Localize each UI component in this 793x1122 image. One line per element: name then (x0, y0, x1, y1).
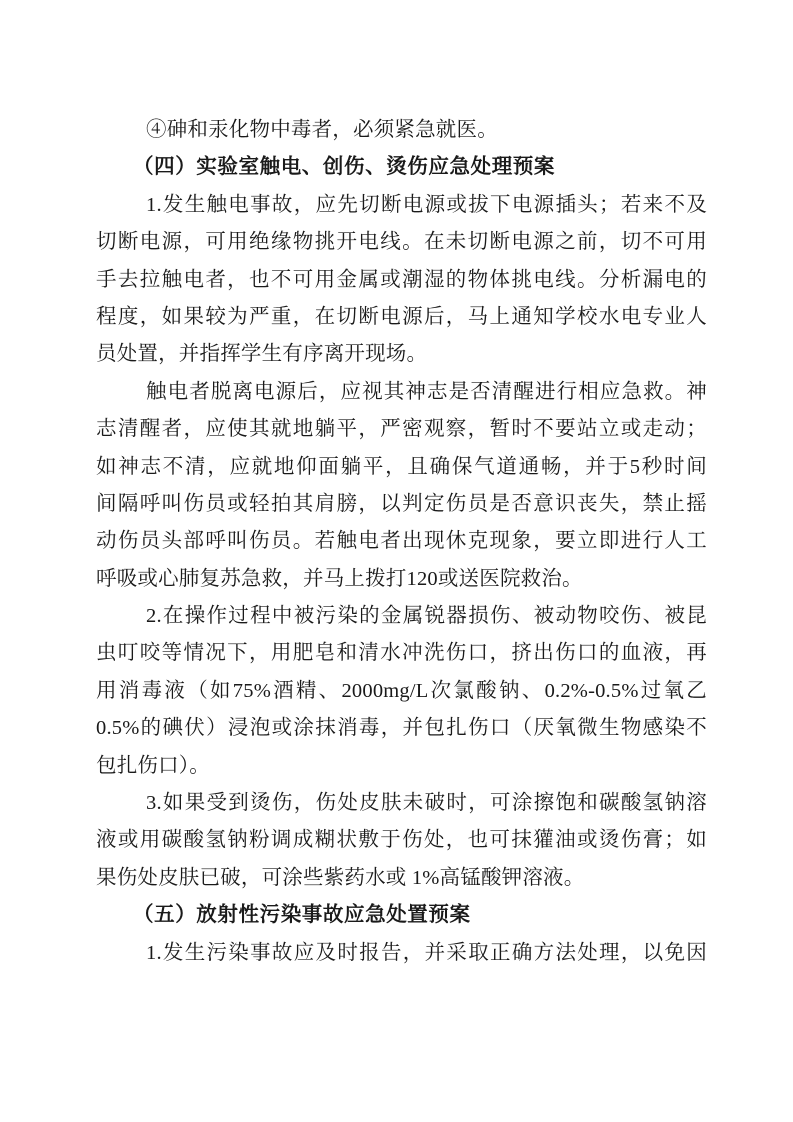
text-line: ④砷和汞化物中毒者，必须紧急就医。 (96, 112, 707, 149)
text-line: 如神志不清，应就地仰面躺平，且确保气道通畅，并于5秒时间 (96, 449, 707, 486)
text-line: 动伤员头部呼叫伤员。若触电者出现休克现象，要立即进行人工 (96, 523, 707, 560)
text-line: 0.5%的碘伏）浸泡或涂抹消毒，并包扎伤口（厌氧微生物感染不 (96, 710, 707, 747)
text-line: 触电者脱离电源后，应视其神志是否清醒进行相应急救。神 (96, 374, 707, 411)
text-line: 间隔呼叫伤员或轻拍其肩膀，以判定伤员是否意识丧失，禁止摇 (96, 486, 707, 523)
text-line: 2.在操作过程中被污染的金属锐器损伤、被动物咬伤、被昆 (96, 598, 707, 635)
text-line: 程度，如果较为严重，在切断电源后，马上通知学校水电专业人 (96, 299, 707, 336)
text-line: 3.如果受到烫伤，伤处皮肤未破时，可涂擦饱和碳酸氢钠溶 (96, 785, 707, 822)
text-line: 员处置，并指挥学生有序离开现场。 (96, 336, 707, 373)
text-line: 1.发生触电事故，应先切断电源或拔下电源插头；若来不及 (96, 187, 707, 224)
text-line: 志清醒者，应使其就地躺平，严密观察，暂时不要站立或走动； (96, 411, 707, 448)
document-page: ④砷和汞化物中毒者，必须紧急就医。（四）实验室触电、创伤、烫伤应急处理预案1.发… (0, 0, 793, 1122)
text-line: 包扎伤口）。 (96, 748, 707, 785)
text-line: 呼吸或心肺复苏急救，并马上拨打120或送医院救治。 (96, 561, 707, 598)
text-line: 液或用碳酸氢钠粉调成糊状敷于伤处，也可抹獾油或烫伤膏；如 (96, 822, 707, 859)
text-line: 用消毒液（如75%酒精、2000mg/L次氯酸钠、0.2%-0.5%过氧乙酸、 (96, 673, 707, 710)
text-line: 手去拉触电者，也不可用金属或潮湿的物体挑电线。分析漏电的 (96, 262, 707, 299)
section-heading: （五）放射性污染事故应急处置预案 (96, 897, 707, 934)
section-heading: （四）实验室触电、创伤、烫伤应急处理预案 (96, 149, 707, 186)
text-line: 1.发生污染事故应及时报告，并采取正确方法处理，以免因 (96, 935, 707, 972)
document-content: ④砷和汞化物中毒者，必须紧急就医。（四）实验室触电、创伤、烫伤应急处理预案1.发… (96, 112, 707, 972)
text-line: 虫叮咬等情况下，用肥皂和清水冲洗伤口，挤出伤口的血液，再 (96, 635, 707, 672)
text-line: 果伤处皮肤已破，可涂些紫药水或 1%高锰酸钾溶液。 (96, 860, 707, 897)
text-line: 切断电源，可用绝缘物挑开电线。在未切断电源之前，切不可用 (96, 224, 707, 261)
